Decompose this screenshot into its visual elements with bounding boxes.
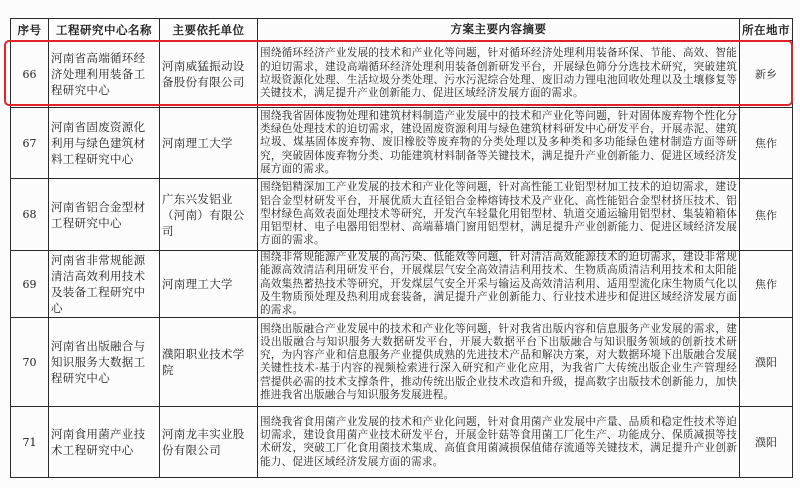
row-city: 焦作 xyxy=(740,251,793,318)
row-unit: 濮阳职业技术学院 xyxy=(160,318,258,407)
row-summary: 围绕循环经济产业发展的技术和产业化等问题，针对循环经济处理利用装备环保、节能、高… xyxy=(258,41,740,108)
row-no: 67 xyxy=(11,108,49,179)
row-name: 河南食用菌产业技术工程研究中心 xyxy=(49,407,160,478)
header-no: 序号 xyxy=(11,19,49,41)
header-summary: 方案主要内容摘要 xyxy=(258,19,740,41)
row-city: 濮阳 xyxy=(740,407,793,478)
row-no: 69 xyxy=(11,251,49,318)
row-unit: 河南威猛振动设备股份有限公司 xyxy=(160,41,258,108)
table-header-row: 序号 工程研究中心名称 主要依托单位 方案主要内容摘要 所在地市 xyxy=(11,19,793,41)
row-city: 焦作 xyxy=(740,108,793,179)
table-row: 66 河南省高端循环经济处理利用装备工程研究中心 河南威猛振动设备股份有限公司 … xyxy=(11,41,793,108)
row-no: 71 xyxy=(11,407,49,478)
row-unit: 广东兴发铝业（河南）有限公司 xyxy=(160,179,258,251)
row-name: 河南省出版融合与知识服务大数据工程研究中心 xyxy=(49,318,160,407)
engineering-center-table: 序号 工程研究中心名称 主要依托单位 方案主要内容摘要 所在地市 66 河南省高… xyxy=(10,18,793,478)
row-no: 66 xyxy=(11,41,49,108)
row-unit: 河南理工大学 xyxy=(160,251,258,318)
table-row: 68 河南省铝合金型材工程研究中心 广东兴发铝业（河南）有限公司 围绕铝精深加工… xyxy=(11,179,793,251)
row-city: 新乡 xyxy=(740,41,793,108)
header-city: 所在地市 xyxy=(740,19,793,41)
table-row: 70 河南省出版融合与知识服务大数据工程研究中心 濮阳职业技术学院 围绕出版融合… xyxy=(11,318,793,407)
row-city: 濮阳 xyxy=(740,318,793,407)
row-name: 河南省固废资源化利用与绿色建筑材料工程研究中心 xyxy=(49,108,160,179)
row-unit: 河南龙丰实业股份有限公司 xyxy=(160,407,258,478)
row-summary: 围绕我省固体废物处理和建筑材料制造产业发展中的技术和产业化等问题，针对固体废弃物… xyxy=(258,108,740,179)
row-unit: 河南理工大学 xyxy=(160,108,258,179)
row-no: 70 xyxy=(11,318,49,407)
header-unit: 主要依托单位 xyxy=(160,19,258,41)
row-summary: 围绕铝精深加工产业发展的技术和产业化等问题，针对高性能工业铝型材加工技术的迫切需… xyxy=(258,179,740,251)
row-summary: 围绕非常规能源产业发展的高污染、低能效等问题，针对清洁高效能源技术的迫切需求，建… xyxy=(258,251,740,318)
table-row: 67 河南省固废资源化利用与绿色建筑材料工程研究中心 河南理工大学 围绕我省固体… xyxy=(11,108,793,179)
table-row: 71 河南食用菌产业技术工程研究中心 河南龙丰实业股份有限公司 围绕我省食用菌产… xyxy=(11,407,793,478)
row-summary: 围绕我省食用菌产业发展的技术和产业化问题，针对食用菌产业发展中产量、品质和稳定性… xyxy=(258,407,740,478)
header-name: 工程研究中心名称 xyxy=(49,19,160,41)
row-name: 河南省高端循环经济处理利用装备工程研究中心 xyxy=(49,41,160,108)
row-name: 河南省非常规能源清洁高效利用技术及装备工程研究中心 xyxy=(49,251,160,318)
table-row: 69 河南省非常规能源清洁高效利用技术及装备工程研究中心 河南理工大学 围绕非常… xyxy=(11,251,793,318)
row-name: 河南省铝合金型材工程研究中心 xyxy=(49,179,160,251)
row-city: 焦作 xyxy=(740,179,793,251)
row-summary: 围绕出版融合产业发展中的技术和产业化等问题，针对我省出版内容和信息服务产业发展的… xyxy=(258,318,740,407)
row-no: 68 xyxy=(11,179,49,251)
